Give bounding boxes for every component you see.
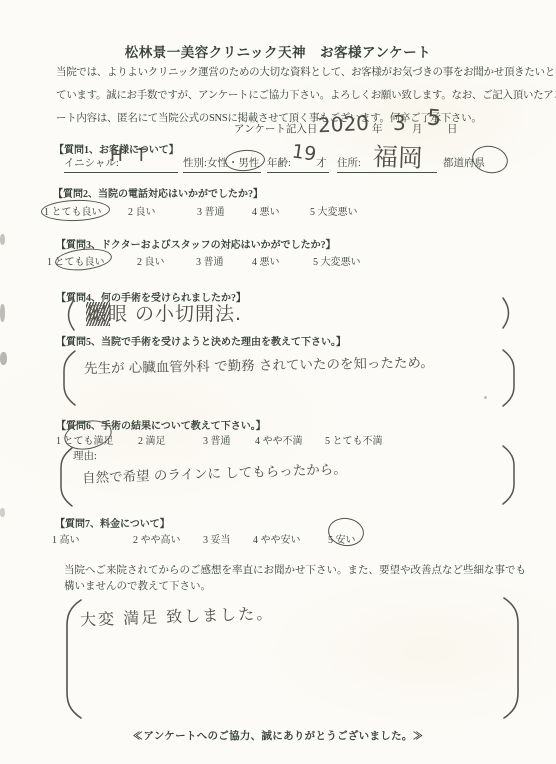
q6-bracket-right [501,444,517,506]
q1-age-value: 19 [291,140,318,165]
scan-smudge [484,396,487,399]
q3-option-3: 3 普通 [196,253,224,268]
q6-option-4: 4 やや不満 [255,432,303,447]
q1-address-underline [337,172,437,173]
date-day-unit: 日 [447,121,458,136]
q2-heading: 【質問2、当院の電話対応はいかがでしたか?】 [53,185,263,200]
survey-scan-page: 松林景一美容クリニック天神 お客様アンケート 当院では、よりよいクリニック運営の… [0,0,556,764]
scan-smudge [0,234,5,245]
footer-thanks: ≪アンケートへのご協力、誠にありがとうございました。≫ [0,728,556,743]
q1-age-unit: 才 [316,155,327,170]
q3-option-4: 4 悪い [252,253,280,268]
feedback-answer: 大変 満足 致しました。 [80,601,275,631]
q1-age-underline [267,172,329,173]
q2-option-5: 5 大変悪い [310,203,358,218]
scan-smudge [0,304,5,322]
q1-age-label: 年齢: [267,155,291,170]
q7-option-4: 4 やや安い [253,531,301,546]
q6-option-5: 5 とても不満 [325,432,383,447]
q6-option-2: 2 満足 [138,432,166,447]
q7-option-1: 1 高い [52,531,80,546]
intro-line-2: ています。誠にお手数ですが、アンケートにご協力下さい。よろしくお願い致します。な… [56,87,556,102]
q5-bracket-right [501,348,517,408]
q1-initial-underline [64,172,178,173]
feedback-bracket-right [502,596,522,720]
q3-option-2: 2 良い [137,253,165,268]
q4-bracket-left [60,298,76,332]
q2-option-2: 2 良い [128,203,156,218]
scan-smudge [0,352,7,365]
feedback-prompt-line-1: 当院へご来院されてからのご感想を率直にお聞かせ下さい。また、要望や改善点など些細… [64,562,526,577]
q1-gender-selection-circle [224,149,265,173]
q1-address-label: 住所: [337,155,361,170]
q6-reason-answer: 自然で希望 のラインに してもらったから。 [82,457,347,486]
q4-answer-struck: 眼 [88,303,108,325]
date-month-value: 3 [393,111,406,135]
date-year-value: 2020 [317,111,369,138]
q2-option-4: 4 悪い [252,203,280,218]
q1-initial-value: H T [110,146,151,166]
q2-option-3: 3 普通 [197,203,225,218]
page-title: 松林景一美容クリニック天神 お客様アンケート [0,41,556,61]
date-day-value: 5 [426,105,442,131]
q4-answer-text: 眼 の小切開法. [108,303,242,325]
q4-answer: 眼眼 の小切開法. [88,299,242,326]
q1-gender-underline [183,172,261,173]
q6-bracket-left [58,446,74,508]
q7-option-2: 2 やや高い [133,531,181,546]
scan-smudge [0,508,5,517]
q3-option-5: 5 大変悪い [313,253,361,268]
date-month-unit: 月 [412,121,423,136]
date-label: アンケート記入日 [234,121,317,136]
intro-line-1: 当院では、よりよいクリニック運営のための大切な資料として、お客様がお気づきの事を… [56,64,556,79]
q6-reason-label: 理由: [73,448,97,463]
q7-heading: 【質問7、料金について】 [55,515,170,530]
q1-prefecture-selection-circle [470,143,511,177]
date-year-unit: 年 [372,121,383,136]
q5-bracket-left [61,349,77,407]
q4-bracket-right [501,296,517,330]
q6-option-3: 3 普通 [203,432,231,447]
q5-answer: 先生が 心臓血管外科 で勤務 されていたのを知ったため。 [84,351,434,377]
q1-address-value: 福岡 [372,137,423,175]
q5-heading: 【質問5、当院で手術を受けようと決めた理由を教えて下さい。】 [56,333,346,348]
q7-option-3: 3 妥当 [203,531,231,546]
feedback-prompt-line-2: 構いませんので教えて下さい。 [64,578,211,593]
